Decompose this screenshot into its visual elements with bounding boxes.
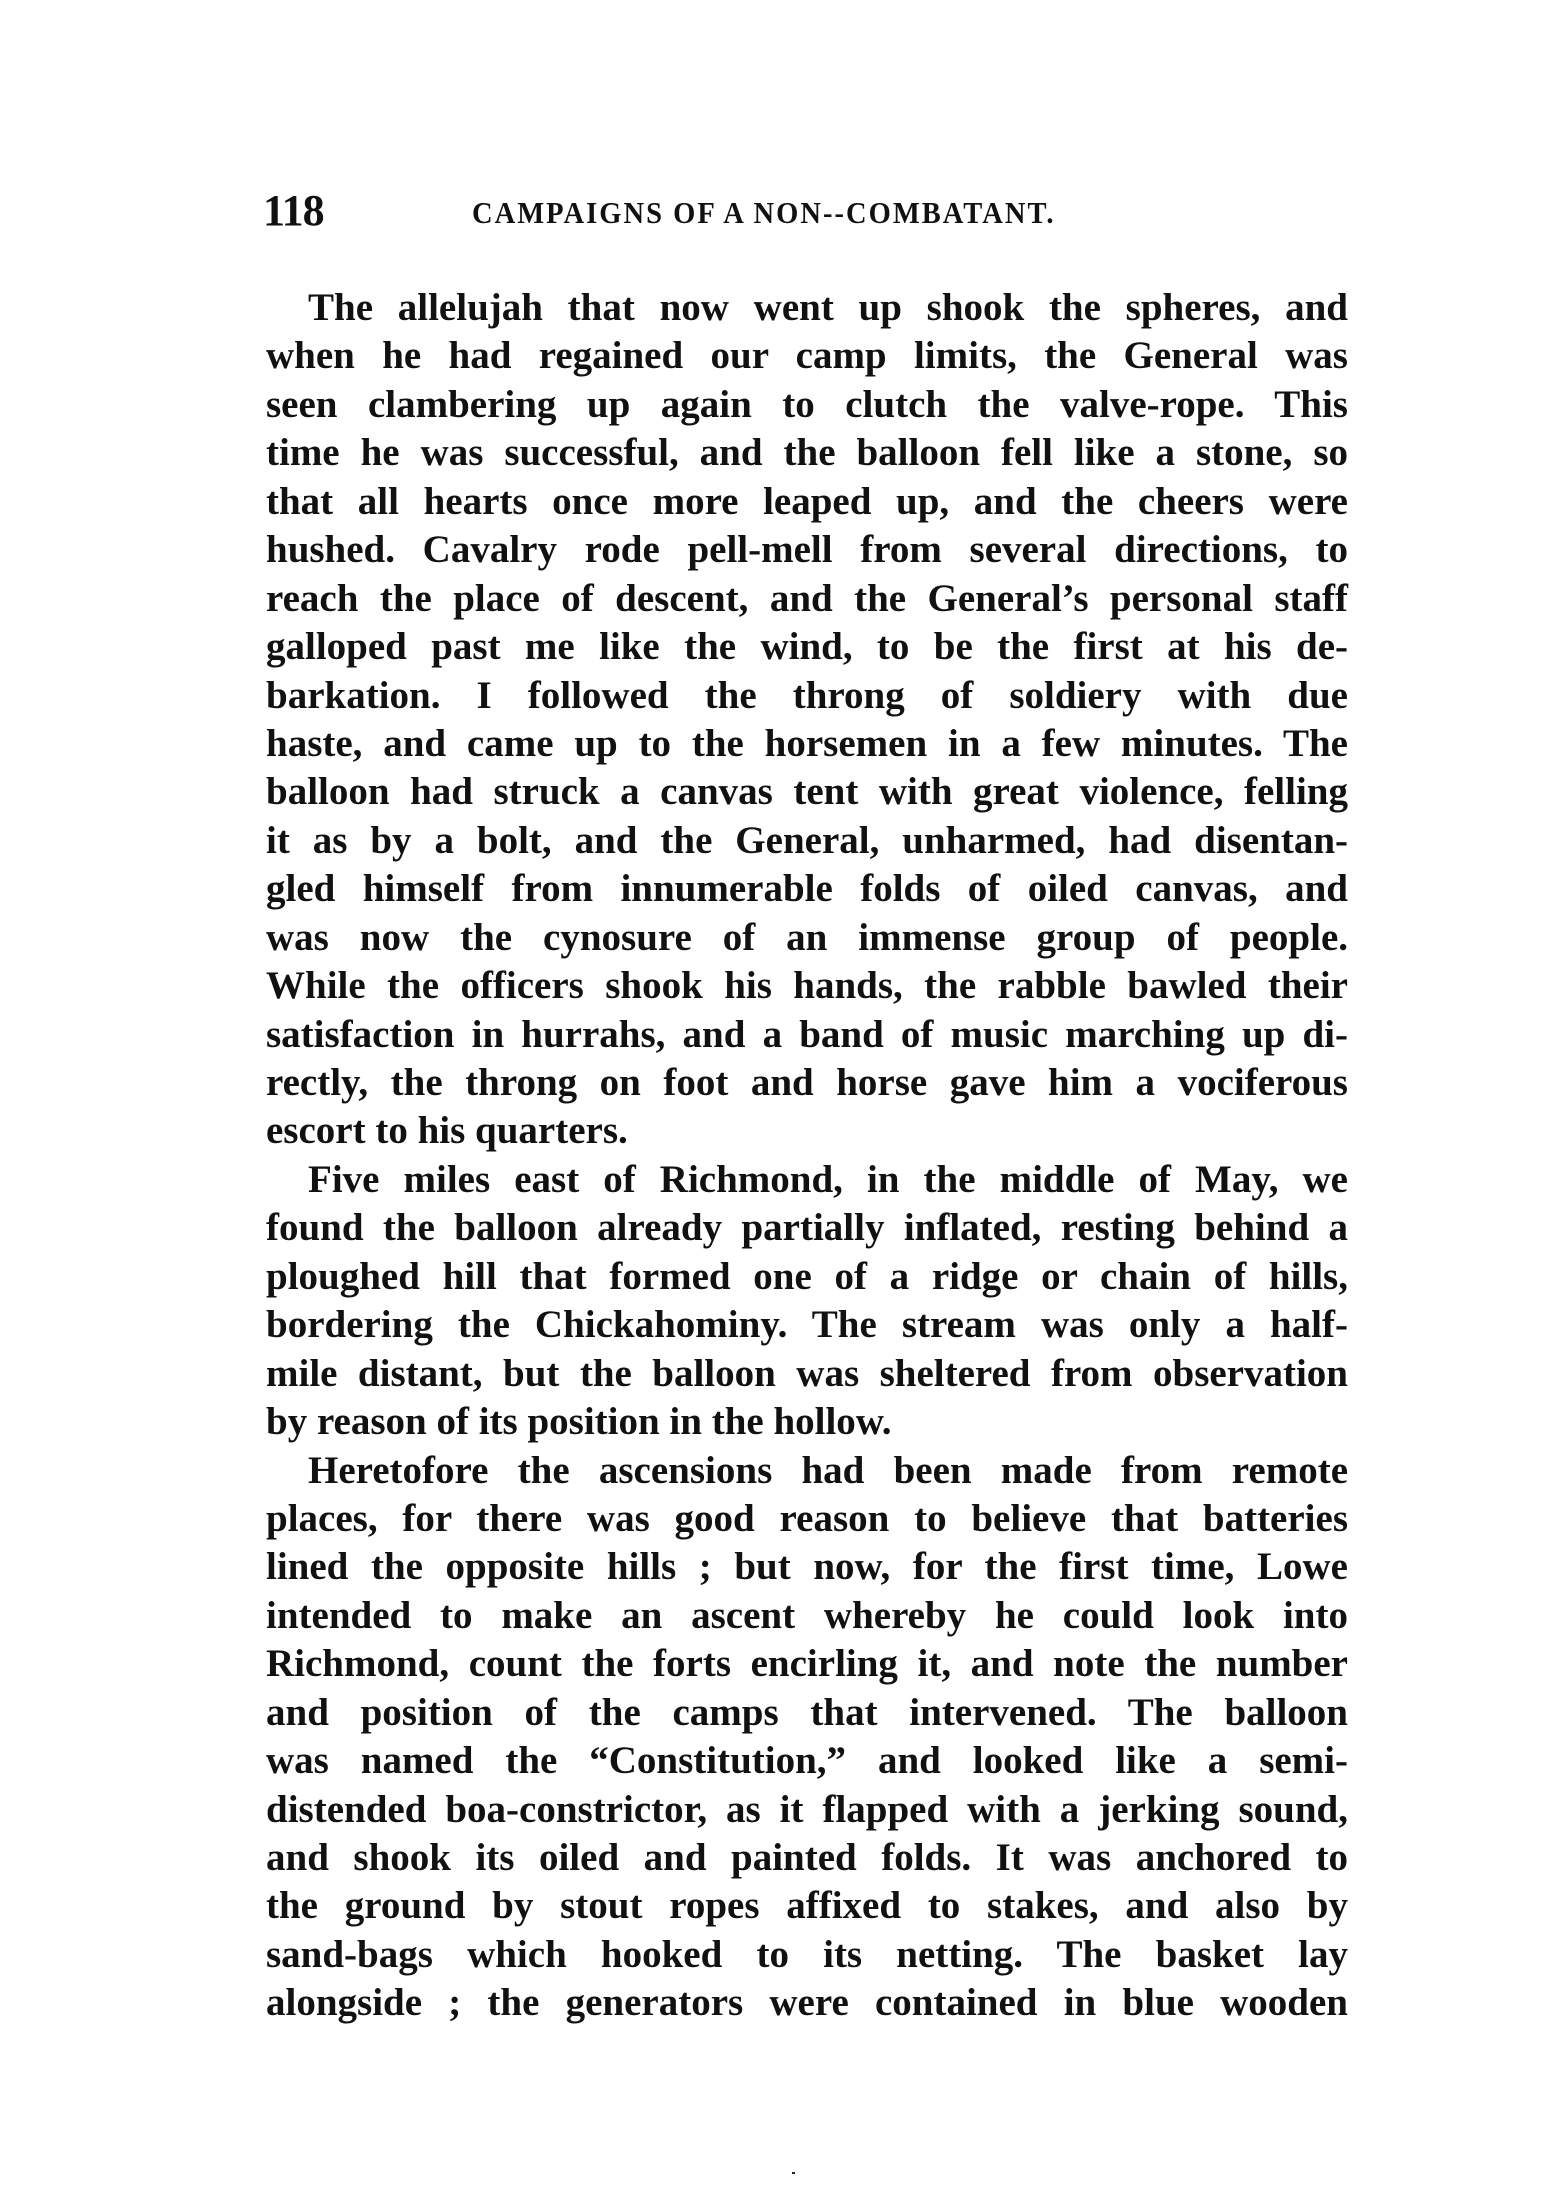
text-line: Richmond, count the forts encirling it, … (266, 1640, 1348, 1688)
text-line: rectly, the throng on foot and horse gav… (266, 1059, 1348, 1107)
text-line: balloon had struck a canvas tent with gr… (266, 768, 1348, 816)
text-line: intended to make an ascent whereby he co… (266, 1592, 1348, 1640)
text-line: Five miles east of Richmond, in the midd… (266, 1156, 1348, 1204)
text-line: that all hearts once more leaped up, and… (266, 478, 1348, 526)
running-head: 118 CAMPAIGNS OF A NON--COMBATANT. (263, 186, 1353, 236)
page-number: 118 (263, 186, 324, 236)
text-line: galloped past me like the wind, to be th… (266, 623, 1348, 671)
text-line: was now the cynosure of an immense group… (266, 914, 1348, 962)
text-line: sand-bags which hooked to its netting. T… (266, 1931, 1348, 1979)
text-line: and shook its oiled and painted folds. I… (266, 1834, 1348, 1882)
text-line: the ground by stout ropes affixed to sta… (266, 1882, 1348, 1930)
text-line: time he was successful, and the balloon … (266, 429, 1348, 477)
running-head-title: CAMPAIGNS OF A NON--COMBATANT. (472, 195, 1084, 231)
text-line: The allelujah that now went up shook the… (266, 284, 1348, 332)
text-line: haste, and came up to the horsemen in a … (266, 720, 1348, 768)
text-line: seen clambering up again to clutch the v… (266, 381, 1348, 429)
text-line: and position of the camps that intervene… (266, 1689, 1348, 1737)
text-line: bordering the Chickahominy. The stream w… (266, 1301, 1348, 1349)
print-speck (792, 2172, 795, 2174)
text-line: ploughed hill that formed one of a ridge… (266, 1253, 1348, 1301)
text-line: lined the opposite hills ; but now, for … (266, 1543, 1348, 1591)
text-line: was named the “Constitution,” and looked… (266, 1737, 1348, 1785)
text-line: distended boa-constrictor, as it flapped… (266, 1786, 1348, 1834)
text-line: by reason of its position in the hollow. (266, 1398, 1348, 1446)
text-line: hushed. Cavalry rode pell-mell from seve… (266, 526, 1348, 574)
text-line: gled himself from innumerable folds of o… (266, 865, 1348, 913)
text-line: it as by a bolt, and the General, unharm… (266, 817, 1348, 865)
text-line: escort to his quarters. (266, 1107, 1348, 1155)
text-line: when he had regained our camp limits, th… (266, 332, 1348, 380)
text-line: found the balloon already partially infl… (266, 1204, 1348, 1252)
text-line: alongside ; the generators were containe… (266, 1979, 1348, 2027)
book-page: 118 CAMPAIGNS OF A NON--COMBATANT. The a… (0, 0, 1559, 2211)
text-line: satisfaction in hurrahs, and a band of m… (266, 1011, 1348, 1059)
text-line: barkation. I followed the throng of sold… (266, 672, 1348, 720)
text-line: mile distant, but the balloon was shelte… (266, 1350, 1348, 1398)
text-line: reach the place of descent, and the Gene… (266, 575, 1348, 623)
text-line: Heretofore the ascensions had been made … (266, 1447, 1348, 1495)
text-line: places, for there was good reason to bel… (266, 1495, 1348, 1543)
body-text: The allelujah that now went up shook the… (266, 284, 1348, 2028)
text-line: While the officers shook his hands, the … (266, 962, 1348, 1010)
